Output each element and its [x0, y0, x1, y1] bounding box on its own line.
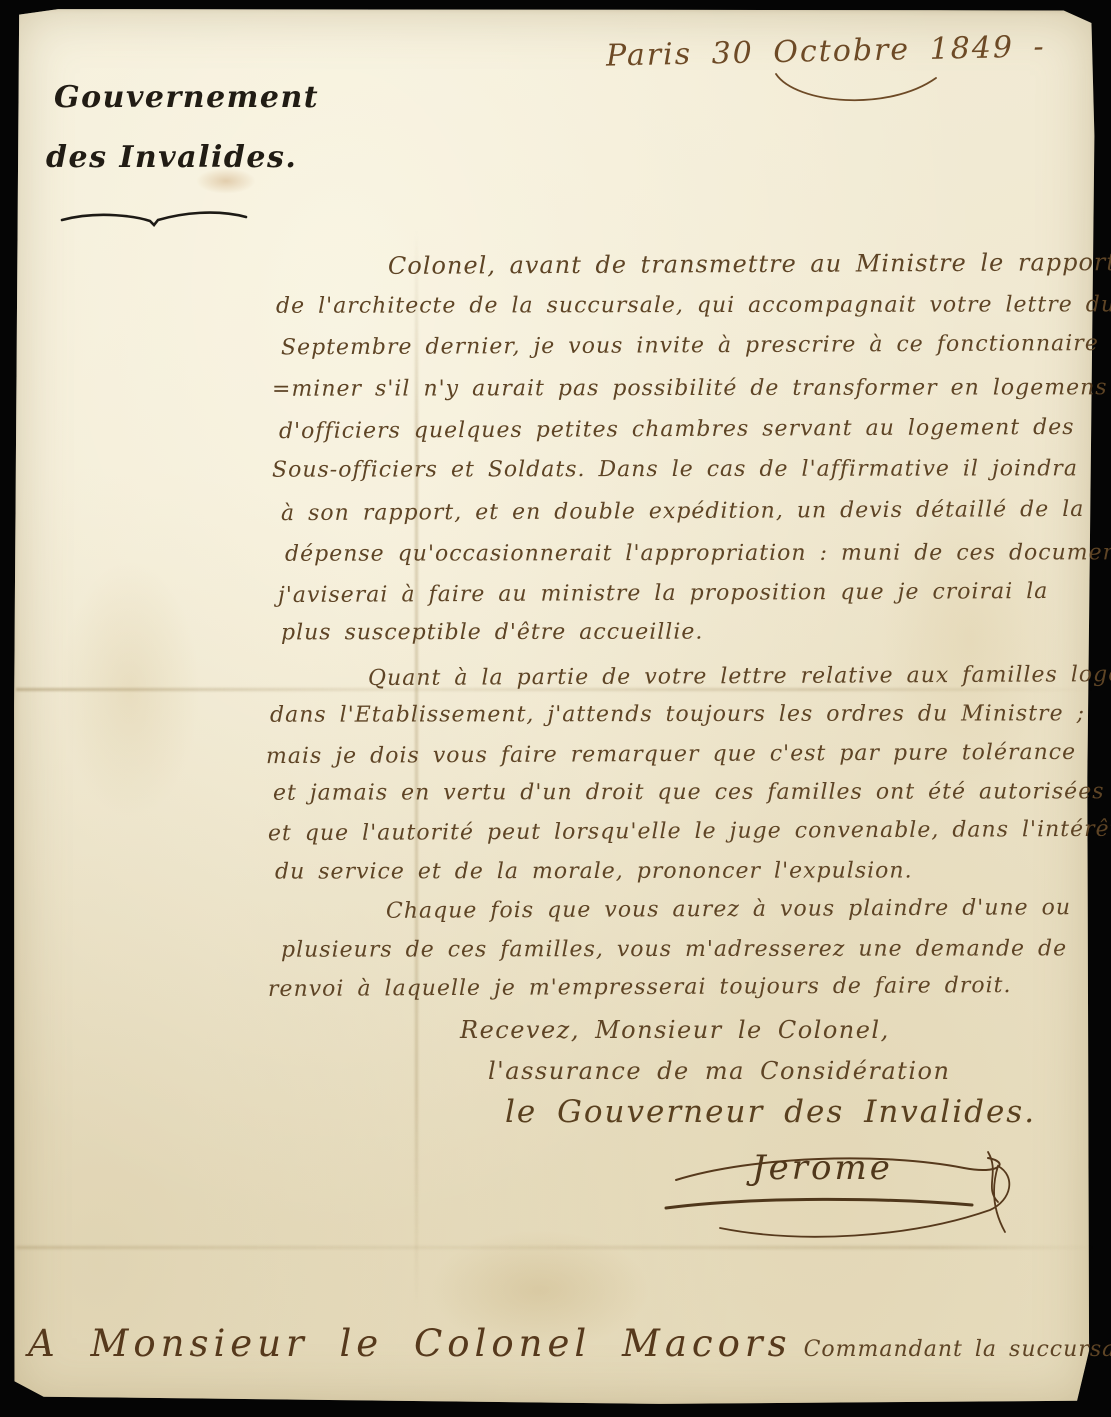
body-line: plusieurs de ces familles, vous m'adress…	[281, 938, 1067, 961]
body-line: plus susceptible d'être accueillie.	[281, 622, 703, 645]
body-line: dépense qu'occasionnerait l'appropriatio…	[285, 542, 1111, 565]
body-line: et jamais en vertu d'un droit que ces fa…	[273, 781, 1105, 804]
closing-line: l'assurance de ma Considération	[488, 1057, 950, 1085]
body-line: de l'architecte de la succursale, qui ac…	[276, 294, 1111, 318]
address-line: A Monsieur le Colonel Macors Commandant …	[28, 1322, 1111, 1365]
body-line: mais je dois vous faire remarquer que c'…	[266, 742, 1076, 768]
body-line: dans l'Etablissement, j'attends toujours…	[270, 703, 1085, 726]
body-line: renvoi à laquelle je m'empresserai toujo…	[268, 975, 1012, 1001]
body-line: du service et de la morale, prononcer l'…	[275, 860, 913, 883]
body-line: j'aviserai à faire au ministre la propos…	[278, 581, 1048, 607]
closing-governor-line: le Gouverneur des Invalides.	[505, 1094, 1036, 1130]
body-line: Colonel, avant de transmettre au Ministr…	[388, 250, 1111, 278]
body-line: à son rapport, et en double expédition, …	[281, 499, 1085, 525]
letterhead-line1: Gouvernement	[54, 80, 319, 115]
body-line: =miner s'il n'y aurait pas possibilité d…	[272, 377, 1108, 400]
signature-name: Jerome	[752, 1148, 893, 1188]
body-line: Chaque fois que vous aurez à vous plaind…	[386, 897, 1071, 923]
body-line: Quant à la partie de votre lettre relati…	[368, 664, 1111, 690]
letterhead-flourish	[58, 202, 250, 234]
body-line: et que l'autorité peut lorsqu'elle le ju…	[268, 819, 1111, 845]
closing-line: Recevez, Monsieur le Colonel,	[460, 1016, 890, 1044]
date-flourish	[770, 70, 942, 112]
body-line: d'officiers quelques petites chambres se…	[279, 417, 1075, 443]
body-line: Sous-officiers et Soldats. Dans le cas d…	[272, 458, 1078, 481]
address-detail: Commandant la succursale à Avignon.	[804, 1337, 1111, 1362]
letterhead-line2: des Invalides.	[46, 140, 297, 175]
body-line: Septembre dernier, je vous invite à pres…	[281, 333, 1111, 360]
address-main: A Monsieur le Colonel Macors	[28, 1322, 792, 1365]
letter-photograph: Paris 30 Octobre 1849 - Gouvernement des…	[0, 0, 1111, 1417]
